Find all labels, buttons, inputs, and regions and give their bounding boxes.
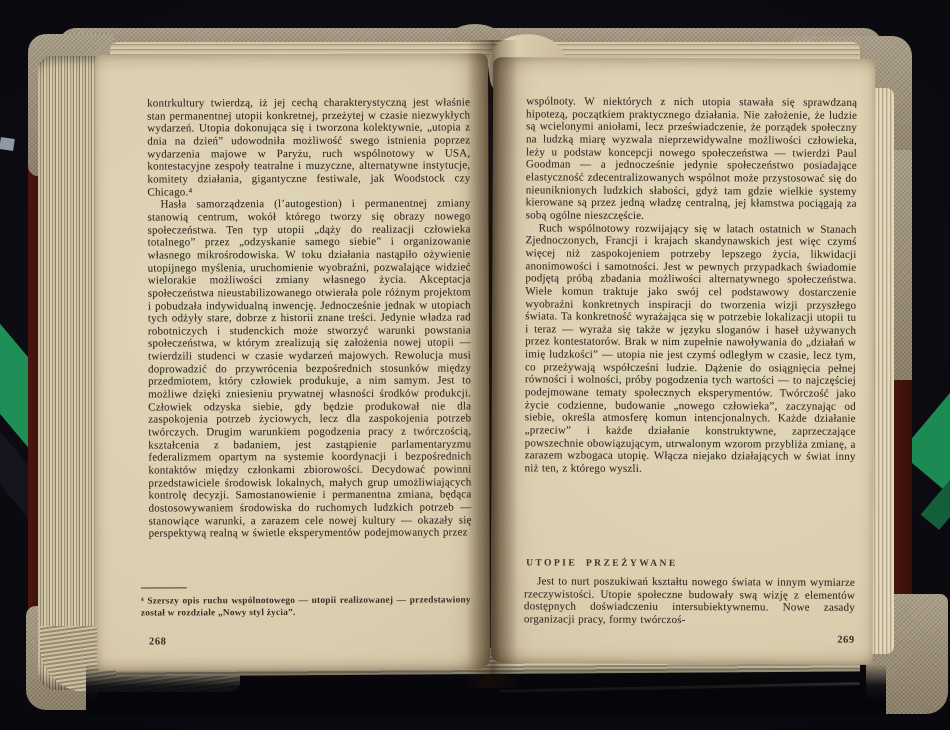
paragraph: kontrkultury twierdzą, iż jej cechą char… bbox=[147, 96, 470, 198]
section-heading: UTOPIE PRZEŻYWANE bbox=[526, 557, 678, 569]
book-photo-scene: kontrkultury twierdzą, iż jej cechą char… bbox=[0, 0, 950, 730]
paragraph: Ruch wspólnotowy rozwijający się w latac… bbox=[525, 222, 857, 477]
paragraph: Jest to nurt poszukiwań kształtu nowego … bbox=[524, 575, 855, 627]
paragraph: wspólnoty. W niektórych z nich utopia st… bbox=[526, 95, 858, 223]
footnote: ⁴ Szerszy opis ruchu wspólnotowego — uto… bbox=[141, 594, 471, 623]
left-page: kontrkultury twierdzą, iż jej cechą char… bbox=[95, 53, 490, 670]
footnote-separator bbox=[141, 587, 187, 588]
paragraph: Hasła samorządzenia (l’autogestion) i pe… bbox=[147, 198, 471, 541]
page-number-left: 268 bbox=[149, 636, 167, 647]
gray-clip bbox=[0, 137, 15, 151]
book-cover-right-edge bbox=[892, 150, 912, 380]
right-page: wspólnoty. W niektórych z nich utopia st… bbox=[491, 57, 876, 665]
book-bottom-shadow bbox=[86, 664, 886, 716]
right-page-text-after-heading: Jest to nurt poszukiwań kształtu nowego … bbox=[524, 575, 855, 632]
right-page-text: wspólnoty. W niektórych z nich utopia st… bbox=[524, 95, 857, 532]
left-page-text: kontrkultury twierdzą, iż jej cechą char… bbox=[147, 96, 472, 589]
page-number-right: 269 bbox=[524, 633, 855, 645]
page-edges-left bbox=[38, 56, 98, 690]
